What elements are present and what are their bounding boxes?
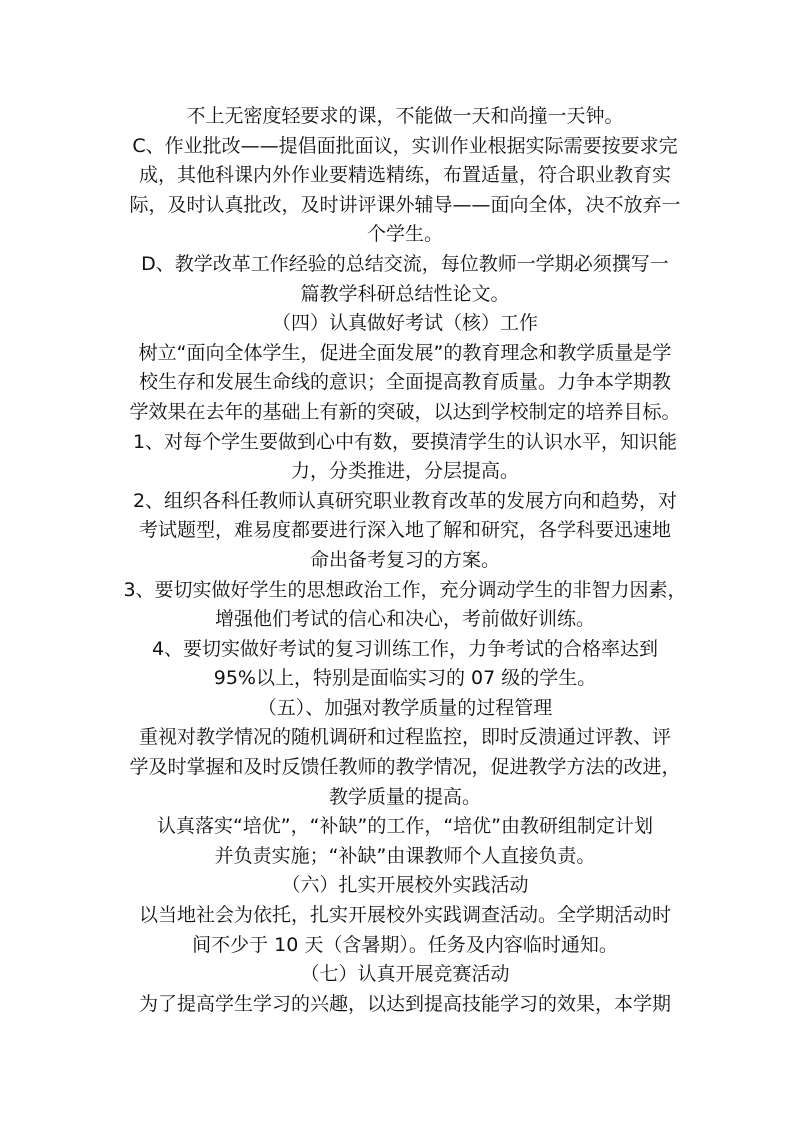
section-heading: （七）认真开展竞赛活动 [95, 960, 715, 990]
text-line: 95%以上，特别是面临实习的 07 级的学生。 [95, 664, 715, 694]
text-line: 树立“面向全体学生，促进全面发展”的教育理念和教学质量是学 [95, 339, 715, 369]
text-line: 不上无密度轻要求的课，不能做一天和尚撞一天钟。 [95, 102, 715, 132]
text-line: 考试题型，难易度都要进行深入地了解和研究，各学科要迅速地 [95, 516, 715, 546]
text-line: 1、对每个学生要做到心中有数，要摸清学生的认识水平，知识能 [95, 428, 715, 458]
text-line: 个学生。 [95, 220, 715, 250]
text-line: 际，及时认真批改，及时讲评课外辅导——面向全体，决不放弃一 [95, 191, 715, 221]
document-page: 不上无密度轻要求的课，不能做一天和尚撞一天钟。 C、作业批改——提倡面批面议，实… [95, 102, 715, 1019]
text-line: 4、要切实做好考试的复习训练工作，力争考试的合格率达到 [95, 635, 715, 665]
text-line: 并负责实施；“补缺”由课教师个人直接负责。 [95, 842, 715, 872]
text-line: 以当地社会为依托，扎实开展校外实践调查活动。全学期活动时 [95, 901, 715, 931]
text-line: 力，分类推进，分层提高。 [95, 457, 715, 487]
text-line: 教学质量的提高。 [95, 783, 715, 813]
text-line: D、教学改革工作经验的总结交流，每位教师一学期必须撰写一 [95, 250, 715, 280]
text-line: 间不少于 10 天（含暑期）。任务及内容临时通知。 [95, 931, 715, 961]
text-line: 成，其他科课内外作业要精选精练，布置适量，符合职业教育实 [95, 161, 715, 191]
text-line: 学及时掌握和及时反馈任教师的教学情况，促进教学方法的改进， [95, 753, 715, 783]
text-line: C、作业批改——提倡面批面议，实训作业根据实际需要按要求完 [95, 132, 715, 162]
text-line: 3、要切实做好学生的思想政治工作，充分调动学生的非智力因素， [95, 576, 715, 606]
section-heading: （六）扎实开展校外实践活动 [95, 871, 715, 901]
text-line: 2、组织各科任教师认真研究职业教育改革的发展方向和趋势，对 [95, 487, 715, 517]
text-line: 命出备考复习的方案。 [95, 546, 715, 576]
text-line: 认真落实“培优”，“补缺”的工作，“培优”由教研组制定计划 [95, 812, 715, 842]
text-line: 学效果在去年的基础上有新的突破，以达到学校制定的培养目标。 [95, 398, 715, 428]
text-line: 重视对教学情况的随机调研和过程监控，即时反溃通过评教、评 [95, 723, 715, 753]
section-heading: （五）、加强对教学质量的过程管理 [95, 694, 715, 724]
section-heading: （四）认真做好考试（核）工作 [95, 309, 715, 339]
text-line: 校生存和发展生命线的意识；全面提高教育质量。力争本学期教 [95, 368, 715, 398]
text-line: 增强他们考试的信心和决心，考前做好训练。 [95, 605, 715, 635]
text-line: 篇教学科研总结性论文。 [95, 280, 715, 310]
text-line: 为了提高学生学习的兴趣，以达到提高技能学习的效果，本学期 [95, 990, 715, 1020]
